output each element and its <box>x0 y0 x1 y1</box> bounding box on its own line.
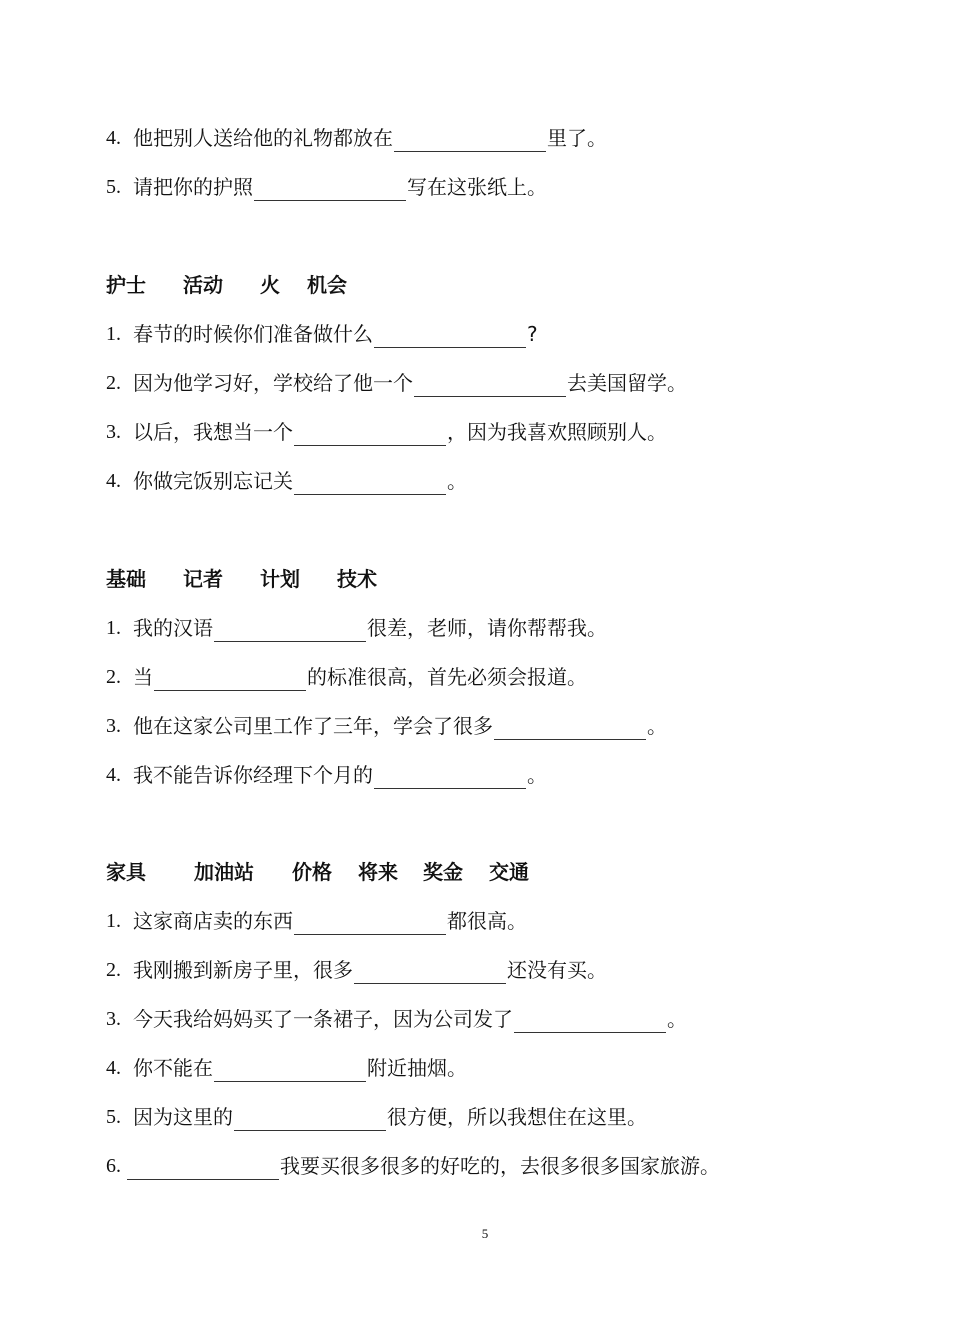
item-number: 3. <box>106 418 133 446</box>
exercise-item: 5. 因为这里的 很方便，所以我想住在这里。 <box>106 1103 647 1131</box>
item-text-after: 。 <box>647 712 667 740</box>
exercise-item: 6. 我要买很多很多的好吃的，去很多很多国家旅游。 <box>106 1152 720 1180</box>
answer-blank[interactable] <box>394 129 546 152</box>
item-number: 4. <box>106 467 133 495</box>
word-bank-word: 技术 <box>337 565 377 593</box>
exercise-item: 5. 请把你的护照 写在这张纸上。 <box>106 173 547 201</box>
item-text-before: 我刚搬到新房子里，很多 <box>133 956 353 984</box>
word-bank: 护士活动火机会 <box>106 271 347 299</box>
exercise-item: 1. 我的汉语 很差，老师，请你帮帮我。 <box>106 614 607 642</box>
answer-blank[interactable] <box>374 325 526 348</box>
word-bank-word: 基础 <box>106 565 183 593</box>
answer-blank[interactable] <box>374 766 526 789</box>
item-number: 1. <box>106 907 133 935</box>
exercise-item: 2. 因为他学习好，学校给了他一个 去美国留学。 <box>106 369 687 397</box>
word-bank-word: 将来 <box>358 858 423 886</box>
item-text-before: 因为这里的 <box>133 1103 233 1131</box>
item-text-before: 因为他学习好，学校给了他一个 <box>133 369 413 397</box>
answer-blank[interactable] <box>294 472 446 495</box>
word-bank-word: 奖金 <box>423 858 489 886</box>
exercise-item: 3. 他在这家公司里工作了三年，学会了很多 。 <box>106 712 667 740</box>
exercise-item: 1. 这家商店卖的东西 都很高。 <box>106 907 527 935</box>
item-text-after: ，因为我喜欢照顾别人。 <box>447 418 667 446</box>
item-text-after: 去美国留学。 <box>567 369 687 397</box>
item-number: 4. <box>106 761 133 789</box>
item-text-after: 我要买很多很多的好吃的，去很多很多国家旅游。 <box>280 1152 720 1180</box>
item-text-before: 你不能在 <box>133 1054 213 1082</box>
word-bank-word: 护士 <box>106 271 183 299</box>
answer-blank[interactable] <box>494 717 646 740</box>
item-text-before: 我不能告诉你经理下个月的 <box>133 761 373 789</box>
item-text-before: 今天我给妈妈买了一条裙子，因为公司发了 <box>133 1005 513 1033</box>
item-text-after: 很方便，所以我想住在这里。 <box>387 1103 647 1131</box>
exercise-item: 3. 今天我给妈妈买了一条裙子，因为公司发了 。 <box>106 1005 687 1033</box>
answer-blank[interactable] <box>234 1108 386 1131</box>
item-text-after: 写在这张纸上。 <box>407 173 547 201</box>
word-bank: 基础记者计划技术 <box>106 565 377 593</box>
answer-blank[interactable] <box>414 374 566 397</box>
item-text-before: 春节的时候你们准备做什么 <box>133 320 373 348</box>
word-bank-word: 加油站 <box>194 858 292 886</box>
exercise-item: 4. 他把别人送给他的礼物都放在 里了。 <box>106 124 607 152</box>
item-number: 3. <box>106 1005 133 1033</box>
word-bank-word: 计划 <box>260 565 337 593</box>
word-bank: 家具加油站价格将来奖金交通 <box>106 858 529 886</box>
answer-blank[interactable] <box>154 668 306 691</box>
item-text-after: 。 <box>447 467 467 495</box>
exercise-item: 2. 我刚搬到新房子里，很多 还没有买。 <box>106 956 607 984</box>
word-bank-word: 交通 <box>489 858 529 886</box>
item-text-before: 你做完饭别忘记关 <box>133 467 293 495</box>
item-text-after: 。 <box>667 1005 687 1033</box>
answer-blank[interactable] <box>214 619 366 642</box>
item-number: 3. <box>106 712 133 740</box>
word-bank-word: 记者 <box>183 565 260 593</box>
item-text-after: 里了。 <box>547 124 607 152</box>
answer-blank[interactable] <box>214 1059 366 1082</box>
item-number: 4. <box>106 1054 133 1082</box>
item-text-before: 我的汉语 <box>133 614 213 642</box>
item-text-before: 当 <box>133 663 153 691</box>
item-number: 2. <box>106 369 133 397</box>
word-bank-word: 价格 <box>292 858 358 886</box>
answer-blank[interactable] <box>354 961 506 984</box>
item-number: 2. <box>106 663 133 691</box>
item-number: 5. <box>106 1103 133 1131</box>
item-text-after: 的标准很高，首先必须会报道。 <box>307 663 587 691</box>
item-text-before: 这家商店卖的东西 <box>133 907 293 935</box>
word-bank-word: 家具 <box>106 858 194 886</box>
item-text-after: 附近抽烟。 <box>367 1054 467 1082</box>
answer-blank[interactable] <box>294 423 446 446</box>
item-text-after: 还没有买。 <box>507 956 607 984</box>
item-text-before: 他在这家公司里工作了三年，学会了很多 <box>133 712 493 740</box>
exercise-item: 4. 你不能在 附近抽烟。 <box>106 1054 467 1082</box>
answer-blank[interactable] <box>254 178 406 201</box>
exercise-item: 2. 当 的标准很高，首先必须会报道。 <box>106 663 587 691</box>
answer-blank[interactable] <box>294 912 446 935</box>
item-number: 5. <box>106 173 133 201</box>
exercise-item: 4. 你做完饭别忘记关 。 <box>106 467 467 495</box>
item-text-before: 他把别人送给他的礼物都放在 <box>133 124 393 152</box>
exercise-item: 4. 我不能告诉你经理下个月的 。 <box>106 761 547 789</box>
item-text-after: 都很高。 <box>447 907 527 935</box>
word-bank-word: 活动 <box>183 271 260 299</box>
answer-blank[interactable] <box>514 1010 666 1033</box>
item-text-after: 。 <box>527 761 547 789</box>
page-number: 5 <box>0 1226 960 1242</box>
answer-blank[interactable] <box>127 1157 279 1180</box>
item-number: 2. <box>106 956 133 984</box>
item-number: 1. <box>106 614 133 642</box>
word-bank-word: 火 <box>260 271 307 299</box>
exercise-item: 1. 春节的时候你们准备做什么 ? <box>106 320 538 348</box>
item-text-before: 以后，我想当一个 <box>133 418 293 446</box>
exercise-item: 3. 以后，我想当一个 ，因为我喜欢照顾别人。 <box>106 418 667 446</box>
item-number: 1. <box>106 320 133 348</box>
item-text-after: ? <box>527 320 538 348</box>
item-text-after: 很差，老师，请你帮帮我。 <box>367 614 607 642</box>
word-bank-word: 机会 <box>307 271 347 299</box>
item-number: 4. <box>106 124 133 152</box>
item-number: 6. <box>106 1152 126 1180</box>
item-text-before: 请把你的护照 <box>133 173 253 201</box>
